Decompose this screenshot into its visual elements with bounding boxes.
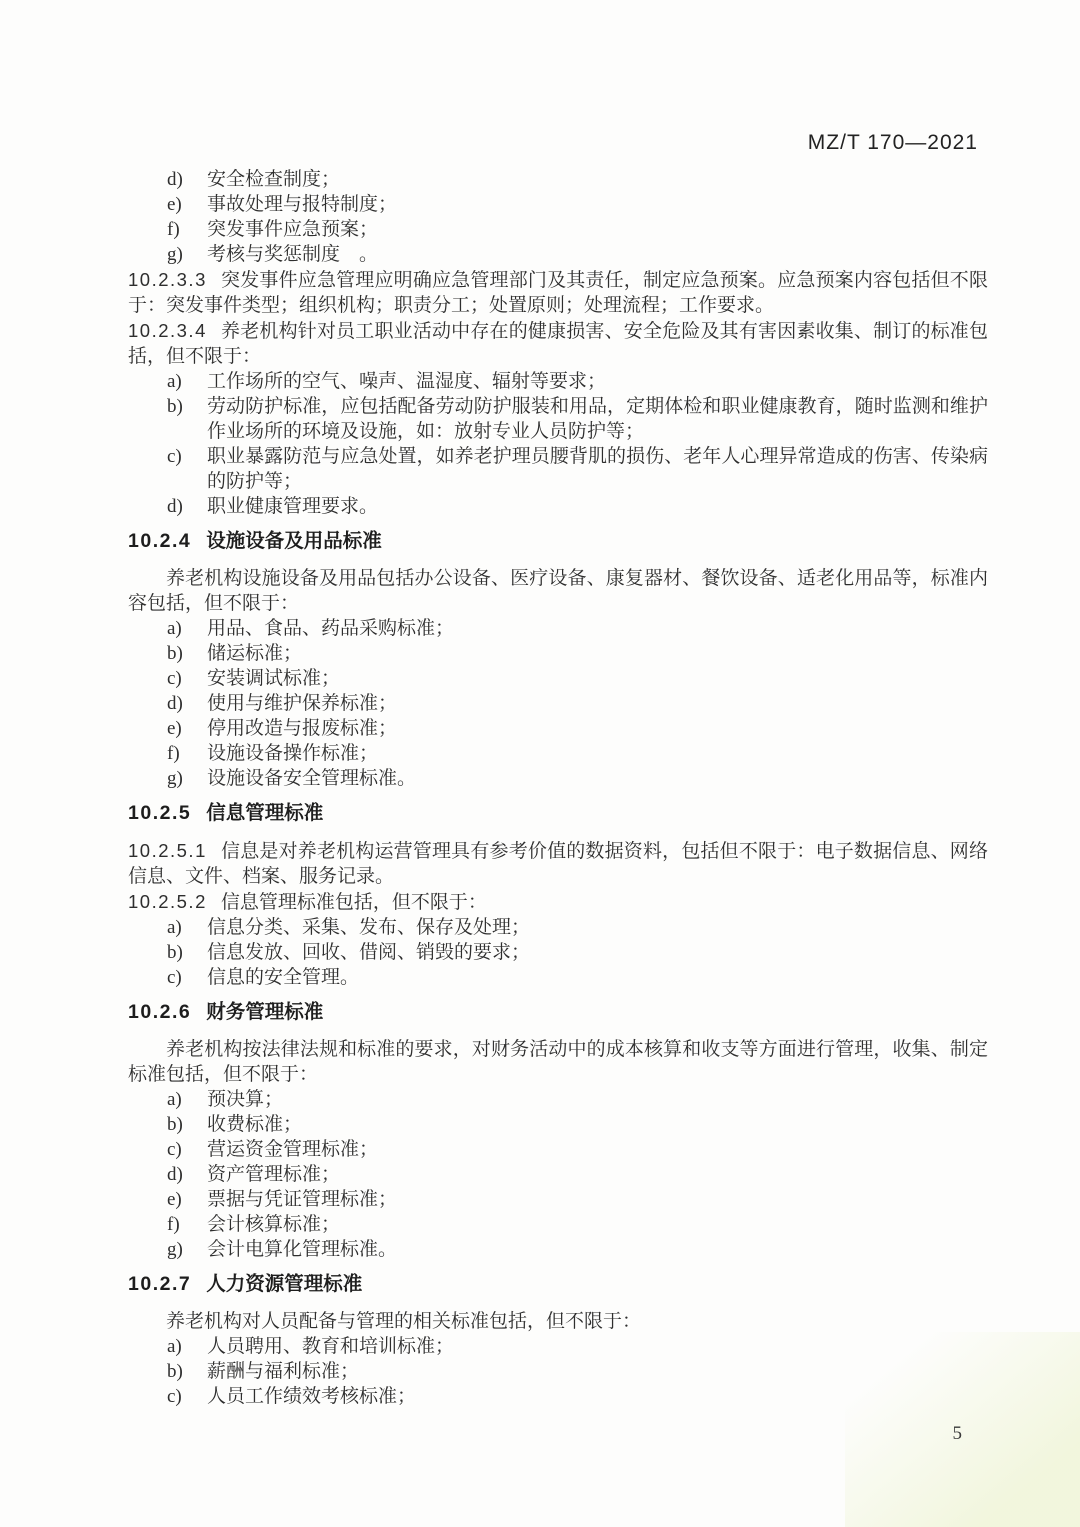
list-item-letter: c)	[167, 444, 182, 469]
list-item-letter: c)	[167, 965, 182, 990]
list-item-text: 资产管理标准；	[207, 1164, 340, 1185]
list-item-letter: d)	[167, 1162, 183, 1187]
list-item-text: 劳动防护标准，应包括配备劳动防护服装和用品，定期体检和职业健康教育，随时监测和维…	[207, 396, 988, 442]
list-item-text: 会计核算标准；	[207, 1214, 340, 1235]
list-item-text: 预决算；	[207, 1089, 283, 1110]
clause-number: 10.2.5.2	[128, 891, 207, 912]
section-intro-paragraph: 养老机构对人员配备与管理的相关标准包括，但不限于：	[128, 1309, 988, 1334]
clause-number: 10.2.3.3	[128, 269, 207, 290]
section-number: 10.2.4	[128, 530, 191, 552]
list-item-text: 事故处理与报特制度；	[207, 194, 397, 215]
clause-text: 养老机构针对员工职业活动中存在的健康损害、安全危险及其有害因素收集、制订的标准包…	[128, 321, 988, 367]
clause-number: 10.2.3.4	[128, 320, 207, 341]
list-item: e) 停用改造与报废标准；	[128, 716, 988, 741]
list-item: a) 人员聘用、教育和培训标准；	[128, 1334, 988, 1359]
list-item-text: 使用与维护保养标准；	[207, 693, 397, 714]
list-item-text: 信息发放、回收、借阅、销毁的要求；	[207, 942, 530, 963]
list-item-letter: d)	[167, 691, 183, 716]
list-item-text: 信息分类、采集、发布、保存及处理；	[207, 917, 530, 938]
section-intro-paragraph: 养老机构按法律法规和标准的要求，对财务活动中的成本核算和收支等方面进行管理，收集…	[128, 1037, 988, 1087]
list-item: e) 票据与凭证管理标准；	[128, 1187, 988, 1212]
section-number: 10.2.6	[128, 1001, 191, 1023]
section-heading-10-2-5: 10.2.5信息管理标准	[128, 800, 988, 826]
list-item-text: 票据与凭证管理标准；	[207, 1189, 397, 1210]
list-item: g) 考核与奖惩制度 。	[128, 242, 988, 267]
list-item: f) 设施设备操作标准；	[128, 741, 988, 766]
list-item-letter: a)	[167, 369, 182, 394]
list-item: b) 薪酬与福利标准；	[128, 1359, 988, 1384]
list-item-text: 安装调试标准；	[207, 668, 340, 689]
list-item-text: 停用改造与报废标准；	[207, 718, 397, 739]
list-item-text: 人员工作绩效考核标准；	[207, 1386, 416, 1407]
list-item-text: 工作场所的空气、噪声、温湿度、辐射等要求；	[207, 371, 606, 392]
section-number: 10.2.7	[128, 1273, 191, 1295]
list-item: d) 安全检查制度；	[128, 167, 988, 192]
list-item-letter: c)	[167, 1137, 182, 1162]
list-item: b) 信息发放、回收、借阅、销毁的要求；	[128, 940, 988, 965]
standard-code-header: MZ/T 170—2021	[128, 131, 988, 155]
list-item-text: 职业暴露防范与应急处置，如养老护理员腰背肌的损伤、老年人心理异常造成的伤害、传染…	[207, 446, 988, 492]
list-item: g) 设施设备安全管理标准。	[128, 766, 988, 791]
list-item-letter: f)	[167, 217, 180, 242]
section-title: 人力资源管理标准	[206, 1273, 362, 1295]
list-item-letter: g)	[167, 1237, 183, 1262]
list-item-letter: b)	[167, 641, 183, 666]
list-item: c) 职业暴露防范与应急处置，如养老护理员腰背肌的损伤、老年人心理异常造成的伤害…	[128, 444, 988, 494]
list-item-text: 考核与奖惩制度 。	[207, 244, 378, 265]
list-item-letter: b)	[167, 394, 183, 419]
section-title: 财务管理标准	[206, 1001, 323, 1023]
list-item-text: 营运资金管理标准；	[207, 1139, 378, 1160]
list-item-letter: e)	[167, 716, 182, 741]
list-item: g) 会计电算化管理标准。	[128, 1237, 988, 1262]
clause-10-2-5-2: 10.2.5.2信息管理标准包括，但不限于：	[128, 889, 988, 915]
list-item-text: 会计电算化管理标准。	[207, 1239, 397, 1260]
list-item-text: 用品、食品、药品采购标准；	[207, 618, 454, 639]
section-title: 设施设备及用品标准	[206, 530, 382, 552]
list-item-letter: f)	[167, 1212, 180, 1237]
list-item: d) 职业健康管理要求。	[128, 494, 988, 519]
list-item-text: 收费标准；	[207, 1114, 302, 1135]
list-item-letter: a)	[167, 616, 182, 641]
list-item-letter: a)	[167, 915, 182, 940]
list-item: c) 人员工作绩效考核标准；	[128, 1384, 988, 1409]
list-item-text: 安全检查制度；	[207, 169, 340, 190]
list-item-letter: b)	[167, 1112, 183, 1137]
list-item-letter: b)	[167, 1359, 183, 1384]
list-item-letter: d)	[167, 167, 183, 192]
list-item-letter: a)	[167, 1334, 182, 1359]
clause-text: 信息是对养老机构运营管理具有参考价值的数据资料，包括但不限于：电子数据信息、网络…	[128, 841, 988, 887]
page-number: 5	[128, 1421, 988, 1446]
list-item: b) 劳动防护标准，应包括配备劳动防护服装和用品，定期体检和职业健康教育，随时监…	[128, 394, 988, 444]
list-item-letter: a)	[167, 1087, 182, 1112]
list-item: b) 收费标准；	[128, 1112, 988, 1137]
clause-text: 信息管理标准包括，但不限于：	[221, 892, 487, 913]
list-item-letter: b)	[167, 940, 183, 965]
list-item-letter: f)	[167, 741, 180, 766]
clause-10-2-3-3: 10.2.3.3突发事件应急管理应明确应急管理部门及其责任，制定应急预案。应急预…	[128, 267, 988, 318]
clause-10-2-3-4: 10.2.3.4养老机构针对员工职业活动中存在的健康损害、安全危险及其有害因素收…	[128, 318, 988, 369]
section-intro-paragraph: 养老机构设施设备及用品包括办公设备、医疗设备、康复器材、餐饮设备、适老化用品等，…	[128, 566, 988, 616]
list-item-text: 人员聘用、教育和培训标准；	[207, 1336, 454, 1357]
list-item-text: 薪酬与福利标准；	[207, 1361, 359, 1382]
section-title: 信息管理标准	[206, 802, 323, 824]
clause-10-2-5-1: 10.2.5.1信息是对养老机构运营管理具有参考价值的数据资料，包括但不限于：电…	[128, 838, 988, 889]
list-item: b) 储运标准；	[128, 641, 988, 666]
list-item-letter: c)	[167, 1384, 182, 1409]
list-item: a) 工作场所的空气、噪声、温湿度、辐射等要求；	[128, 369, 988, 394]
list-item: a) 预决算；	[128, 1087, 988, 1112]
list-item: f) 会计核算标准；	[128, 1212, 988, 1237]
page-content: MZ/T 170—2021 d) 安全检查制度； e) 事故处理与报特制度； f…	[128, 131, 988, 1446]
section-heading-10-2-6: 10.2.6财务管理标准	[128, 999, 988, 1025]
list-item-letter: e)	[167, 192, 182, 217]
list-item: d) 使用与维护保养标准；	[128, 691, 988, 716]
list-item: a) 信息分类、采集、发布、保存及处理；	[128, 915, 988, 940]
list-item: f) 突发事件应急预案；	[128, 217, 988, 242]
list-item-text: 设施设备安全管理标准。	[207, 768, 416, 789]
list-item-letter: c)	[167, 666, 182, 691]
section-number: 10.2.5	[128, 802, 191, 824]
list-item-text: 储运标准；	[207, 643, 302, 664]
section-heading-10-2-4: 10.2.4设施设备及用品标准	[128, 528, 988, 554]
list-item-letter: d)	[167, 494, 183, 519]
list-item-letter: e)	[167, 1187, 182, 1212]
document-page: MZ/T 170—2021 d) 安全检查制度； e) 事故处理与报特制度； f…	[0, 0, 1080, 1527]
list-item-text: 设施设备操作标准；	[207, 743, 378, 764]
list-item-letter: g)	[167, 242, 183, 267]
section-heading-10-2-7: 10.2.7人力资源管理标准	[128, 1271, 988, 1297]
list-item: d) 资产管理标准；	[128, 1162, 988, 1187]
list-item-text: 信息的安全管理。	[207, 967, 359, 988]
list-item: c) 安装调试标准；	[128, 666, 988, 691]
list-item-letter: g)	[167, 766, 183, 791]
list-item: c) 信息的安全管理。	[128, 965, 988, 990]
list-item: e) 事故处理与报特制度；	[128, 192, 988, 217]
list-item: a) 用品、食品、药品采购标准；	[128, 616, 988, 641]
clause-number: 10.2.5.1	[128, 840, 207, 861]
list-item: c) 营运资金管理标准；	[128, 1137, 988, 1162]
clause-text: 突发事件应急管理应明确应急管理部门及其责任，制定应急预案。应急预案内容包括但不限…	[128, 270, 988, 316]
list-item-text: 职业健康管理要求。	[207, 496, 378, 517]
list-item-text: 突发事件应急预案；	[207, 219, 378, 240]
